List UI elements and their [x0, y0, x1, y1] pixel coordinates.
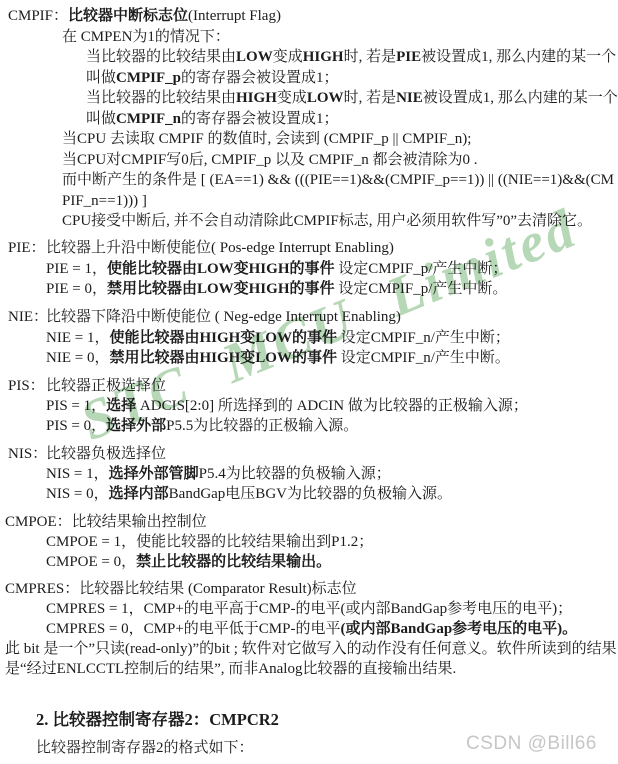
- text-run: 设定CMPIF_n/产生中断；: [337, 330, 510, 346]
- text-run: CPU接受中断后, 并不会自动清除此CMPIF标志, 用户必须用软件写”0”去清…: [62, 213, 592, 229]
- nis-line: NIS = 0，选择内部BandGap电压BGV为比较器的负极输入源。: [46, 485, 452, 503]
- text-run: 变成: [277, 90, 307, 106]
- text-run: 时, 若是: [344, 49, 397, 65]
- text-run: PIE: [396, 49, 421, 65]
- document-body: CMPIF：比较器中断标志位(Interrupt Flag)在 CMPEN为1的…: [0, 0, 618, 764]
- text-run: CMPOE = 0，: [46, 554, 136, 570]
- text-run: 选择: [106, 398, 136, 414]
- cmpoe-heading: CMPOE：比较结果输出控制位: [5, 513, 207, 531]
- text-run: PIS = 0，: [46, 418, 106, 434]
- pis-title: 比较器正极选择位: [46, 377, 166, 395]
- text-run: 当比较器的比较结果由: [86, 49, 236, 65]
- cmpif-line: 当比较器的比较结果由LOW变成HIGH时, 若是PIE被设置成1, 那么内建的某…: [86, 48, 616, 66]
- nie-line: NIE = 1，使能比较器由HIGH变LOW的事件 设定CMPIF_n/产生中断…: [46, 329, 510, 347]
- cmpif-line: 叫做CMPIF_n的寄存器会被设置成1；: [86, 110, 339, 128]
- nis-title: 比较器负极选择位: [46, 445, 166, 463]
- cmpcr2-heading: 2. 比较器控制寄存器2：CMPCR2: [36, 711, 279, 729]
- text-run: 禁用比较器由HIGH变LOW的事件: [109, 350, 337, 366]
- text-run: P5.4为比较器的负极输入源；: [199, 466, 391, 482]
- text-run: HIGH: [303, 49, 344, 65]
- text-run: 当比较器的比较结果由: [86, 90, 236, 106]
- text-run: 选择内部: [109, 486, 169, 502]
- nie-line: NIE = 0，禁用比较器由HIGH变LOW的事件 设定CMPIF_n/产生中断…: [46, 349, 510, 367]
- text-run: 在 CMPEN为1的情况下：: [62, 29, 230, 45]
- text-run: 使能比较器由LOW变HIGH的事件: [107, 261, 335, 277]
- text-run: LOW: [307, 90, 344, 106]
- text-run: NIE：: [8, 309, 48, 325]
- text-run: CMPOE = 1，使能比较器的比较结果输出到P1.2；: [46, 534, 373, 550]
- text-run: 是“经过ENLCCTL控制后的结果”, 而非Analog比较器的直接输出结果.: [5, 661, 456, 677]
- text-run: 而中断产生的条件是 [ (EA==1) && (((PIE==1)&&(CMPI…: [62, 172, 614, 188]
- nis-label: NIS：: [8, 445, 47, 463]
- cmpres-heading: CMPRES：比较器比较结果 (Comparator Result)标志位: [5, 580, 357, 598]
- text-run: (或内部BandGap参考电压的电平)。: [340, 621, 577, 637]
- text-run: 禁止比较器的比较结果输出。: [136, 554, 331, 570]
- pis-line: PIS = 0，选择外部P5.5为比较器的正极输入源。: [46, 417, 358, 435]
- readonly-note: 是“经过ENLCCTL控制后的结果”, 而非Analog比较器的直接输出结果.: [5, 660, 456, 678]
- text-run: 设定CMPIF_p/产生中断；: [334, 261, 507, 277]
- text-run: PIE：: [8, 240, 46, 256]
- text-run: 时, 若是: [344, 90, 397, 106]
- cmpres-line: CMPRES = 0，CMP+的电平低于CMP-的电平(或内部BandGap参考…: [46, 620, 577, 638]
- text-run: (Interrupt Flag): [188, 8, 281, 24]
- text-run: CMPIF：: [8, 8, 68, 24]
- text-run: 叫做: [86, 70, 116, 86]
- cmpif-line: CPU接受中断后, 并不会自动清除此CMPIF标志, 用户必须用软件写”0”去清…: [62, 212, 592, 230]
- csdn-watermark: CSDN @Bill66: [466, 733, 597, 755]
- document-page: STC MCU Limited CMPIF：比较器中断标志位(Interrupt…: [0, 0, 618, 764]
- text-run: PIE = 1，: [46, 261, 107, 277]
- text-run: 当CPU 去读取 CMPIF 的数值时, 会读到 (CMPIF_p || CMP…: [62, 131, 471, 147]
- cmpoe-line: CMPOE = 0，禁止比较器的比较结果输出。: [46, 553, 331, 571]
- cmpif-line: PIF_n==1))) ]: [62, 192, 147, 210]
- text-run: 比较器正极选择位: [46, 378, 166, 394]
- cmpif-heading: CMPIF：比较器中断标志位(Interrupt Flag): [8, 7, 281, 25]
- text-run: 被设置成1, 那么内建的某一个: [423, 90, 618, 106]
- text-run: PIS：: [8, 378, 45, 394]
- text-run: 的寄存器会被设置成1；: [181, 111, 339, 127]
- text-run: 此 bit 是一个”只读(read-only)”的bit ; 软件对它做写入的动…: [5, 641, 617, 657]
- text-run: 设定CMPIF_n/产生中断。: [337, 350, 510, 366]
- text-run: 使能比较器由HIGH变LOW的事件: [109, 330, 337, 346]
- cmpif-line: 叫做CMPIF_p的寄存器会被设置成1；: [86, 69, 339, 87]
- text-run: 选择外部: [106, 418, 166, 434]
- text-run: PIE = 0，: [46, 281, 107, 297]
- text-run: CMPIF_p: [116, 70, 181, 86]
- text-run: CMPRES = 1，CMP+的电平高于CMP-的电平(或内部BandGap参考…: [46, 601, 572, 617]
- pie-line: PIE = 1，使能比较器由LOW变HIGH的事件 设定CMPIF_p/产生中断…: [46, 260, 507, 278]
- cmpcr2-intro: 比较器控制寄存器2的格式如下：: [36, 739, 254, 757]
- text-run: 禁用比较器由LOW变HIGH的事件: [107, 281, 335, 297]
- text-run: 被设置成1, 那么内建的某一个: [421, 49, 616, 65]
- text-run: NIS = 0，: [46, 486, 109, 502]
- text-run: 选择外部管脚: [109, 466, 199, 482]
- text-run: CMPRES = 0，CMP+的电平低于CMP-的电平: [46, 621, 340, 637]
- text-run: 比较器下降沿中断使能位 ( Neg-edge Interrupt Enablin…: [46, 309, 401, 325]
- cmpif-line: 而中断产生的条件是 [ (EA==1) && (((PIE==1)&&(CMPI…: [62, 171, 614, 189]
- text-run: NIE = 0，: [46, 350, 109, 366]
- text-run: NIS = 1，: [46, 466, 109, 482]
- text-run: CMPOE：比较结果输出控制位: [5, 514, 207, 530]
- text-run: CMPIF_n: [116, 111, 181, 127]
- nie-label: NIE：: [8, 308, 48, 326]
- text-run: CMPRES：比较器比较结果 (Comparator Result)标志位: [5, 581, 357, 597]
- text-run: 比较器上升沿中断使能位( Pos-edge Interrupt Enabling…: [46, 240, 394, 256]
- text-run: NIE: [396, 90, 423, 106]
- text-run: 比较器控制寄存器2的格式如下：: [36, 740, 254, 756]
- pie-line: PIE = 0，禁用比较器由LOW变HIGH的事件 设定CMPIF_p/产生中断…: [46, 280, 507, 298]
- text-run: 比较器负极选择位: [46, 446, 166, 462]
- cmpif-line: 当比较器的比较结果由HIGH变成LOW时, 若是NIE被设置成1, 那么内建的某…: [86, 89, 618, 107]
- text-run: NIS：: [8, 446, 47, 462]
- text-run: PIS = 1，: [46, 398, 106, 414]
- text-run: 叫做: [86, 111, 116, 127]
- text-run: 的寄存器会被设置成1；: [181, 70, 339, 86]
- text-run: BandGap电压BGV为比较器的负极输入源。: [169, 486, 452, 502]
- text-run: 设定CMPIF_p/产生中断。: [334, 281, 507, 297]
- text-run: LOW: [236, 49, 273, 65]
- pie-title: 比较器上升沿中断使能位( Pos-edge Interrupt Enabling…: [46, 239, 394, 257]
- nis-line: NIS = 1，选择外部管脚P5.4为比较器的负极输入源；: [46, 465, 391, 483]
- nie-title: 比较器下降沿中断使能位 ( Neg-edge Interrupt Enablin…: [46, 308, 401, 326]
- cmpif-line: 在 CMPEN为1的情况下：: [62, 28, 230, 46]
- text-run: HIGH: [236, 90, 277, 106]
- pis-line: PIS = 1，选择 ADCIS[2:0] 所选择到的 ADCIN 做为比较器的…: [46, 397, 528, 415]
- text-run: 比较器中断标志位: [68, 8, 188, 24]
- cmpoe-line: CMPOE = 1，使能比较器的比较结果输出到P1.2；: [46, 533, 373, 551]
- cmpif-line: 当CPU对CMPIF写0后, CMPIF_p 以及 CMPIF_n 都会被清除为…: [62, 151, 478, 169]
- readonly-note: 此 bit 是一个”只读(read-only)”的bit ; 软件对它做写入的动…: [5, 640, 617, 658]
- text-run: PIF_n==1))) ]: [62, 193, 147, 209]
- text-run: 变成: [273, 49, 303, 65]
- text-run: ADCIS[2:0] 所选择到的 ADCIN 做为比较器的正极输入源；: [136, 398, 528, 414]
- text-run: 2. 比较器控制寄存器2：CMPCR2: [36, 710, 279, 729]
- pis-label: PIS：: [8, 377, 45, 395]
- pie-label: PIE：: [8, 239, 46, 257]
- cmpres-line: CMPRES = 1，CMP+的电平高于CMP-的电平(或内部BandGap参考…: [46, 600, 572, 618]
- cmpif-line: 当CPU 去读取 CMPIF 的数值时, 会读到 (CMPIF_p || CMP…: [62, 130, 471, 148]
- text-run: 当CPU对CMPIF写0后, CMPIF_p 以及 CMPIF_n 都会被清除为…: [62, 152, 478, 168]
- text-run: NIE = 1，: [46, 330, 109, 346]
- text-run: P5.5为比较器的正极输入源。: [166, 418, 358, 434]
